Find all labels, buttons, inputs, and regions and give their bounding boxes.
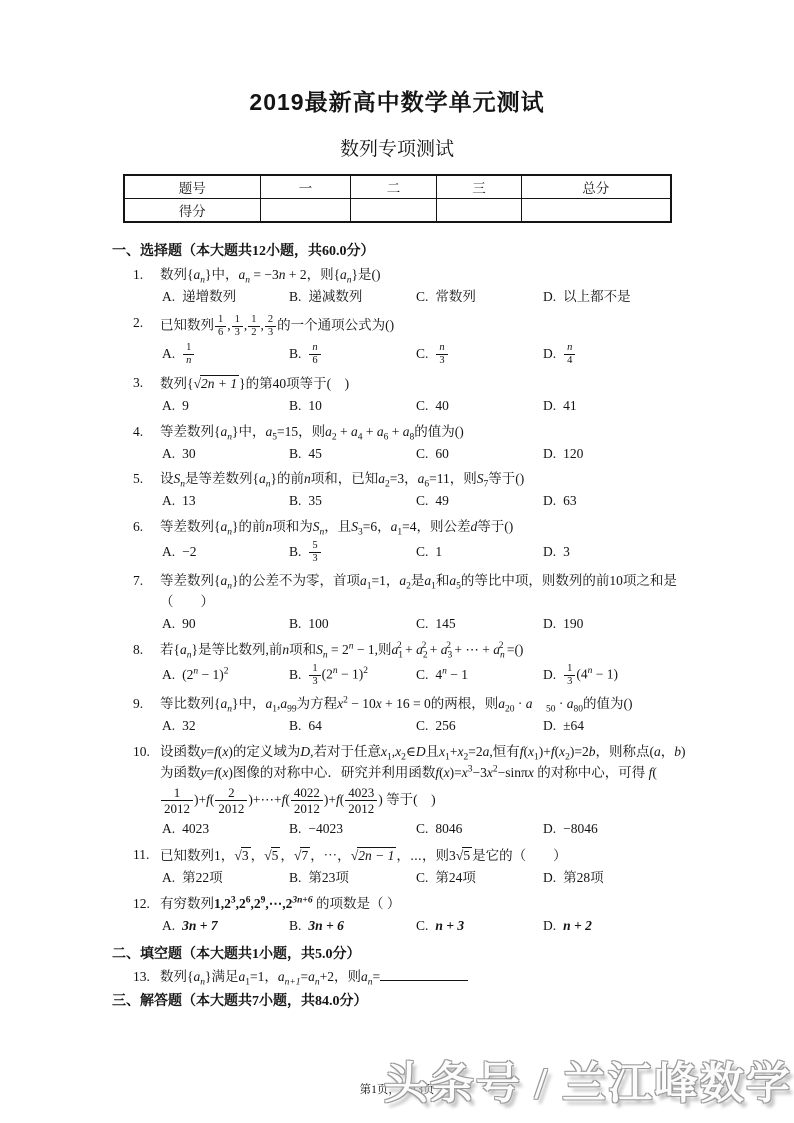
text-segment: =: [301, 969, 309, 984]
text-segment: 的项数是（ ）: [313, 896, 401, 911]
score-cell-sec3: [437, 199, 522, 223]
fraction: 23: [265, 314, 276, 339]
option-content: n3: [435, 341, 448, 368]
option-label: D.: [543, 444, 556, 465]
text-segment: (: [285, 792, 290, 807]
text-segment: a: [360, 573, 367, 588]
option-content: 常数列: [435, 287, 476, 308]
option-label: C.: [416, 344, 428, 365]
option-d: D.63: [543, 491, 687, 512]
option-label: A.: [162, 665, 175, 686]
option-d: D.−8046: [543, 819, 687, 840]
options-row: A.13B.35C.49D.63: [160, 491, 687, 512]
options-row: A.32B.64C.256D.±64: [160, 716, 687, 737]
text-segment: (2: [322, 667, 333, 682]
option-label: B.: [289, 614, 301, 635]
option-label: A.: [162, 287, 175, 308]
score-header-qnum: 题号: [124, 175, 261, 199]
question-stem: 等差数列{an}的公差不为零，首项a1=1，a2是a1和a5的等比中项，则数列的…: [160, 571, 687, 613]
option-label: D.: [543, 542, 556, 563]
text-segment: 2: [265, 314, 276, 327]
text-segment: = −3: [250, 267, 279, 282]
option-label: A.: [162, 819, 175, 840]
text-segment: 等差数列{: [160, 519, 220, 534]
text-segment: − 1: [447, 667, 468, 682]
option-content: 40: [435, 396, 449, 417]
option-a: A.4023: [162, 819, 289, 840]
text-segment: +: [402, 642, 416, 657]
option-label: C.: [416, 444, 428, 465]
option-label: D.: [543, 287, 556, 308]
text-segment: 60: [435, 446, 449, 461]
score-header-sec3: 三: [437, 175, 522, 199]
option-label: A.: [162, 916, 175, 937]
option-content: 145: [435, 614, 455, 635]
text-segment: 13: [182, 493, 196, 508]
option-d: D.41: [543, 396, 687, 417]
text-segment: 3: [563, 544, 570, 559]
text-segment: 已知数列: [160, 317, 214, 332]
text-segment: 第24项: [435, 870, 476, 885]
options-row: A.1nB.n6C.n3D.n4: [160, 341, 687, 368]
option-content: 1: [435, 542, 442, 563]
text-segment: 2n + 1: [200, 375, 239, 391]
sqrt-expression: √3: [234, 848, 250, 863]
text-segment: 的值为(): [414, 424, 464, 439]
text-segment: 1: [309, 663, 320, 676]
text-segment: 8046: [435, 821, 462, 836]
fraction: 16: [215, 314, 226, 339]
text-segment: 3n + 7: [182, 918, 217, 933]
question-10: 10.设函数y=f(x)的定义域为D,若对于任意x1,x2∈D且x1+x2=2a…: [112, 742, 687, 844]
text-segment: )+: [324, 792, 336, 807]
option-d: D.3: [543, 542, 687, 563]
text-segment: n: [309, 342, 320, 355]
option-d: D.以上都不是: [543, 287, 687, 308]
text-segment: 90: [182, 616, 196, 631]
option-label: C.: [416, 819, 428, 840]
text-segment: + 2，则{: [285, 267, 340, 282]
section-heading-3: 三、解答题（本大题共7小题，共84.0分）: [112, 991, 687, 1013]
option-a: A.(2n − 1)2: [162, 665, 289, 686]
text-segment: 第22项: [182, 870, 223, 885]
question-12: 12.有穷数列1,23,26,29,⋯,23n+6 的项数是（ ）A.3n + …: [112, 894, 687, 941]
question-number: 10.: [133, 742, 160, 844]
fraction: 13: [309, 663, 320, 688]
option-label: D.: [543, 344, 556, 365]
option-b: B.45: [289, 444, 416, 465]
text-segment: + 16 = 0的两根，则: [382, 696, 498, 711]
option-c: C.n + 3: [416, 916, 543, 937]
option-content: 8046: [435, 819, 462, 840]
text-segment: n: [564, 342, 575, 355]
question-1: 1.数列{an}中，an = −3n + 2，则{an}是()A.递增数列B.递…: [112, 265, 687, 312]
options-row: A.4023B.−4023C.8046D.−8046: [160, 819, 687, 840]
option-a: A.3n + 7: [162, 916, 289, 937]
text-segment: 100: [308, 616, 328, 631]
text-segment: 等比数列{: [160, 696, 220, 711]
option-content: 10: [308, 396, 322, 417]
text-segment: 40: [435, 398, 449, 413]
text-segment: a: [325, 424, 332, 439]
text-segment: 2012: [345, 801, 377, 817]
option-b: B.第23项: [289, 868, 416, 889]
score-header-sec2: 二: [351, 175, 437, 199]
option-label: A.: [162, 868, 175, 889]
question-body: 有穷数列1,23,26,29,⋯,23n+6 的项数是（ ）A.3n + 7B.…: [160, 894, 687, 941]
text-segment: 项和为: [272, 519, 313, 534]
question-number: 8.: [133, 640, 160, 693]
text-segment: 2012: [215, 801, 247, 817]
option-a: A.13: [162, 491, 289, 512]
question-number: 12.: [133, 894, 160, 941]
question-stem: 等比数列{an}中，a1,a99为方程x2 − 10x + 16 = 0的两根，…: [160, 694, 687, 715]
fraction: 13: [564, 663, 575, 688]
text-segment: a: [654, 744, 661, 759]
option-content: 45: [308, 444, 322, 465]
option-label: D.: [543, 665, 556, 686]
text-segment: }的前: [232, 519, 265, 534]
option-content: −2: [182, 542, 196, 563]
text-segment: 99: [287, 704, 297, 714]
question-stem: 等差数列{an}中，a5=15，则a2 + a4 + a6 + a8的值为(): [160, 422, 687, 443]
text-segment: )=: [450, 765, 462, 780]
option-a: A.1n: [162, 341, 289, 368]
text-segment: 30: [182, 446, 196, 461]
text-segment: ∈: [406, 744, 416, 759]
text-segment: =15，则: [277, 424, 325, 439]
question-body: 数列{an}中，an = −3n + 2，则{an}是()A.递增数列B.递减数…: [160, 265, 687, 312]
text-segment: 3: [564, 676, 575, 688]
text-segment: a: [278, 969, 285, 984]
text-segment: }中，: [205, 267, 238, 282]
text-segment: 已知数列1，: [160, 848, 234, 863]
question-13: 13.数列{an}满足a1=1，an+1=an+2，则an=: [112, 967, 687, 988]
fraction: 12012: [161, 785, 193, 817]
text-segment: − 1): [198, 667, 224, 682]
text-segment: 设: [160, 471, 174, 486]
text-segment: ,2: [236, 896, 246, 911]
page-subtitle: 数列专项测试: [0, 134, 794, 161]
text-segment: 5: [462, 847, 472, 863]
option-a: A.第22项: [162, 868, 289, 889]
text-segment: n + 2: [563, 918, 592, 933]
option-b: B.53: [289, 539, 416, 566]
option-label: C.: [416, 491, 428, 512]
option-content: 53: [308, 539, 321, 566]
option-label: A.: [162, 396, 175, 417]
text-segment: }的第40项等于( ): [239, 376, 349, 391]
question-11: 11.已知数列1，√3，√5，√7，⋯，√2n − 1，⋯，则3√5是它的（ ）…: [112, 845, 687, 893]
option-c: C.n3: [416, 341, 543, 368]
option-c: C.49: [416, 491, 543, 512]
question-number: 4.: [133, 422, 160, 469]
text-segment: b: [589, 744, 596, 759]
text-segment: a: [259, 471, 266, 486]
question-number: 6.: [133, 517, 160, 570]
question-4: 4.等差数列{an}中，a5=15，则a2 + a4 + a6 + a8的值为(…: [112, 422, 687, 469]
text-segment: −2: [182, 544, 196, 559]
option-label: A.: [162, 614, 175, 635]
options-row: A.9B.10C.40D.41: [160, 396, 687, 417]
question-body: 等差数列{an}的前n项和为Sn，且S3=6，a1=4，则公差d等于()A.−2…: [160, 517, 687, 570]
text-segment: )=2: [570, 744, 589, 759]
question-body: 等差数列{an}的公差不为零，首项a1=1，a2是a1和a5的等比中项，则数列的…: [160, 571, 687, 639]
text-segment: a: [351, 424, 358, 439]
option-content: 第28项: [563, 868, 604, 889]
option-content: 32: [182, 716, 196, 737]
option-label: D.: [543, 396, 556, 417]
text-segment: =: [207, 744, 215, 759]
text-segment: a: [361, 969, 368, 984]
text-segment: (: [340, 792, 345, 807]
text-segment: 3: [265, 327, 276, 339]
options-row: A.90B.100C.145D.190: [160, 614, 687, 635]
question-8: 8.若{an}是等比数列,前n项和Sn = 2n − 1,则a12 + a22 …: [112, 640, 687, 693]
text-segment: 4023: [345, 785, 377, 802]
fraction: 53: [309, 540, 320, 565]
option-label: B.: [289, 542, 301, 563]
text-segment: 若{: [160, 642, 180, 657]
option-label: A.: [162, 542, 175, 563]
text-segment: −4023: [308, 821, 343, 836]
fraction: n6: [309, 342, 320, 367]
options-row: A.3n + 7B.3n + 6C.n + 3D.n + 2: [160, 916, 687, 937]
text-segment: (4: [576, 667, 587, 682]
sqrt-expression: √5: [456, 848, 472, 863]
text-segment: 10: [308, 398, 322, 413]
question-number: 9.: [133, 694, 160, 741]
question-stem: 已知数列1，√3，√5，√7，⋯，√2n − 1，⋯，则3√5是它的（ ）: [160, 845, 687, 867]
option-label: B.: [289, 665, 301, 686]
question-body: 若{an}是等比数列,前n项和Sn = 2n − 1,则a12 + a22 + …: [160, 640, 687, 693]
option-d: D.13(4n − 1): [543, 662, 687, 689]
option-content: 以上都不是: [563, 287, 631, 308]
option-label: A.: [162, 444, 175, 465]
option-content: n + 2: [563, 916, 592, 937]
option-content: 35: [308, 491, 322, 512]
option-content: 第24项: [435, 868, 476, 889]
text-segment: 的值为(): [583, 696, 633, 711]
text-segment: 2: [224, 666, 229, 676]
text-segment: 数列{: [160, 969, 193, 984]
question-body: 数列{√2n + 1}的第40项等于( )A.9B.10C.40D.41: [160, 373, 687, 421]
option-content: 64: [308, 716, 322, 737]
option-content: 递减数列: [308, 287, 362, 308]
text-segment: −sinπ: [498, 765, 528, 780]
score-header-sec1: 一: [261, 175, 351, 199]
text-segment: )+⋯+: [248, 792, 281, 807]
text-segment: 3: [309, 553, 320, 565]
option-label: A.: [162, 344, 175, 365]
question-stem: 设函数y=f(x)的定义域为D,若对于任意x1,x2∈D且x1+x2=2a,恒有…: [160, 742, 687, 818]
option-label: D.: [543, 614, 556, 635]
text-segment: ±64: [563, 718, 584, 733]
text-segment: n: [183, 355, 194, 367]
option-c: C.8046: [416, 819, 543, 840]
option-label: D.: [543, 916, 556, 937]
text-segment: b: [674, 744, 681, 759]
score-table-score-row: 得分: [124, 199, 671, 223]
text-segment: n+1: [285, 978, 301, 988]
text-segment: 1: [232, 314, 243, 327]
option-label: B.: [289, 396, 301, 417]
text-segment: 为方程: [297, 696, 338, 711]
text-segment: 项和，已知: [311, 471, 379, 486]
text-segment: 4: [564, 355, 575, 367]
text-segment: 设函数: [160, 744, 201, 759]
option-b: B.10: [289, 396, 416, 417]
question-stem: 等差数列{an}的前n项和为Sn，且S3=6，a1=4，则公差d等于(): [160, 517, 687, 538]
option-content: 13(4n − 1): [563, 662, 618, 689]
option-label: C.: [416, 396, 428, 417]
option-content: 49: [435, 491, 449, 512]
text-segment: 的对称中心，可得: [534, 765, 649, 780]
text-segment: ，且: [324, 519, 351, 534]
sqrt-expression: √5: [264, 848, 280, 863]
text-segment: 64: [308, 718, 322, 733]
text-segment: 45: [308, 446, 322, 461]
text-segment: +2，则: [320, 969, 361, 984]
option-d: D.n + 2: [543, 916, 687, 937]
score-cell-sec2: [351, 199, 437, 223]
option-b: B.100: [289, 614, 416, 635]
text-segment: 且: [426, 744, 440, 759]
question-number: 13.: [133, 967, 160, 988]
test-paper: 2019最新高中数学单元测试 数列专项测试 题号 一 二 三 总分 得分 一、选…: [0, 84, 794, 1013]
question-number: 11.: [133, 845, 160, 893]
option-content: 13: [182, 491, 196, 512]
text-segment: 2012: [161, 801, 193, 817]
text-segment: 等差数列{: [160, 424, 220, 439]
option-b: B.−4023: [289, 819, 416, 840]
option-label: B.: [289, 819, 301, 840]
option-a: A.−2: [162, 542, 289, 563]
text-segment: ,恒有: [489, 744, 519, 759]
option-label: B.: [289, 444, 301, 465]
options-row: A.第22项B.第23项C.第24项D.第28项: [160, 868, 687, 889]
option-label: B.: [289, 344, 301, 365]
text-segment: 3: [232, 327, 243, 339]
option-b: B.n6: [289, 341, 416, 368]
score-table: 题号 一 二 三 总分 得分: [123, 174, 672, 223]
text-segment: 190: [563, 616, 583, 631]
question-number: 1.: [133, 265, 160, 312]
score-header-total: 总分: [522, 175, 671, 199]
question-body: 设函数y=f(x)的定义域为D,若对于任意x1,x2∈D且x1+x2=2a,恒有…: [160, 742, 687, 844]
text-segment: =6，: [363, 519, 391, 534]
text-segment: D: [416, 744, 426, 759]
question-stem: 已知数列16,13,12,23的一个通项公式为(): [160, 313, 687, 340]
text-segment: −8046: [563, 821, 598, 836]
text-segment: 3n+6: [292, 895, 312, 905]
fraction: 40222012: [291, 785, 323, 817]
text-segment: 80: [573, 704, 583, 714]
text-segment: ，⋯，则3: [396, 848, 455, 863]
option-content: 30: [182, 444, 196, 465]
text-segment: ,: [261, 317, 264, 332]
question-number: 7.: [133, 571, 160, 639]
text-segment: (2: [182, 667, 193, 682]
text-segment: − 1,则: [353, 642, 391, 657]
text-segment: a: [498, 696, 505, 711]
question-number: 2.: [133, 313, 160, 372]
text-segment: 2: [248, 327, 259, 339]
question-body: 设Sn是等差数列{an}的前n项和，已知a2=3，a6=11，则S7等于()A.…: [160, 469, 687, 516]
options-row: A.−2B.53C.1D.3: [160, 539, 687, 566]
question-stem: 数列{√2n + 1}的第40项等于( ): [160, 373, 687, 395]
text-segment: 120: [563, 446, 583, 461]
option-content: 3: [563, 542, 570, 563]
text-segment: 是: [411, 573, 425, 588]
text-segment: ,若对于任意: [310, 744, 381, 759]
page-title: 2019最新高中数学单元测试: [0, 84, 794, 117]
text-segment: }中，: [232, 696, 265, 711]
option-content: 3n + 6: [308, 916, 343, 937]
option-d: D.120: [543, 444, 687, 465]
option-content: 9: [182, 396, 189, 417]
question-stem: 若{an}是等比数列,前n项和Sn = 2n − 1,则a12 + a22 + …: [160, 640, 687, 661]
text-segment: 145: [435, 616, 455, 631]
option-a: A.9: [162, 396, 289, 417]
option-content: n + 3: [435, 916, 464, 937]
option-content: (2n − 1)2: [182, 665, 228, 686]
option-content: −8046: [563, 819, 598, 840]
text-segment: 第28项: [563, 870, 604, 885]
question-9: 9.等比数列{an}中，a1,a99为方程x2 − 10x + 16 = 0的两…: [112, 694, 687, 741]
text-segment: − 1): [338, 667, 364, 682]
text-segment: +: [426, 642, 440, 657]
text-segment: 6: [215, 327, 226, 339]
option-content: 41: [563, 396, 577, 417]
text-segment: 7: [300, 847, 310, 863]
fraction: n3: [436, 342, 447, 367]
text-segment: +: [450, 744, 458, 759]
score-cell-total: [522, 199, 671, 223]
text-segment: =2: [468, 744, 482, 759]
question-body: 已知数列1，√3，√5，√7，⋯，√2n − 1，⋯，则3√5是它的（ ）A.第…: [160, 845, 687, 893]
option-label: A.: [162, 491, 175, 512]
answer-blank: [380, 968, 468, 982]
option-content: 第22项: [182, 868, 223, 889]
text-segment: ,: [244, 317, 247, 332]
fraction: 40232012: [345, 785, 377, 817]
text-segment: a: [378, 471, 385, 486]
text-segment: 1: [564, 663, 575, 676]
text-segment: a: [377, 424, 384, 439]
text-segment: 是等差数列{: [185, 471, 259, 486]
options-row: A.递增数列B.递减数列C.常数列D.以上都不是: [160, 287, 687, 308]
text-segment: −3: [473, 765, 487, 780]
option-b: B.递减数列: [289, 287, 416, 308]
text-segment: }的前: [270, 471, 303, 486]
option-content: 3n + 7: [182, 916, 217, 937]
text-segment: )的定义域为: [228, 744, 300, 759]
sqrt-expression: √2n + 1: [193, 376, 239, 391]
option-c: C.40: [416, 396, 543, 417]
text-segment: 1: [435, 544, 442, 559]
option-content: 1n: [182, 341, 195, 368]
score-row-label: 得分: [124, 199, 261, 223]
text-segment: 49: [435, 493, 449, 508]
option-content: n4: [563, 341, 576, 368]
option-c: C.256: [416, 716, 543, 737]
question-stem: 有穷数列1,23,26,29,⋯,23n+6 的项数是（ ）: [160, 894, 687, 915]
text-segment: ·: [514, 696, 525, 711]
text-segment: 5: [309, 540, 320, 553]
option-c: C.145: [416, 614, 543, 635]
option-c: C.4n − 1: [416, 665, 543, 686]
